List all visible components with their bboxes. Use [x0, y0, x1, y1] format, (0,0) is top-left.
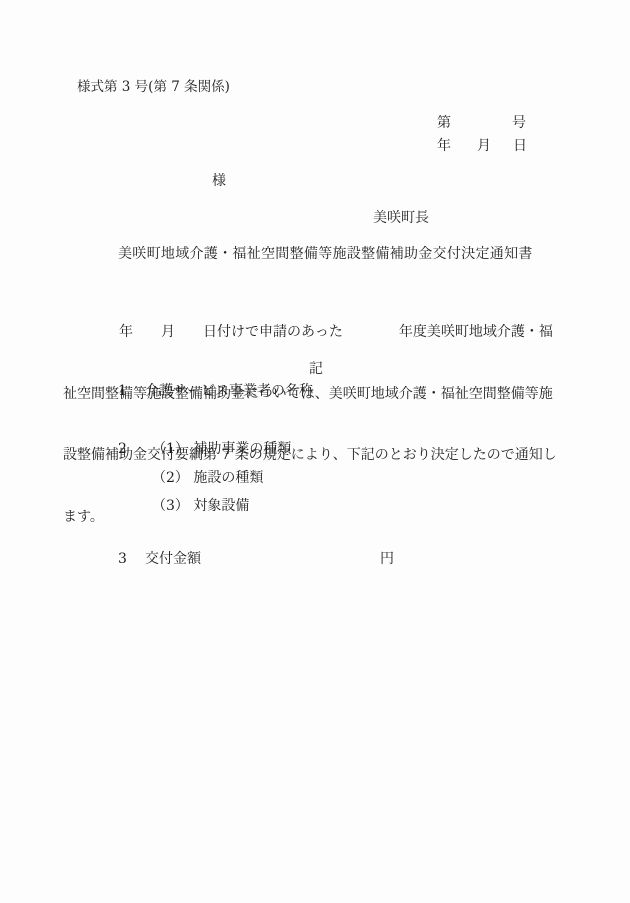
item-3-currency-unit: 円	[380, 552, 394, 566]
item-3-number: 3	[118, 552, 127, 566]
body-line-3: 設整備補助金交付要綱第 7 条の規定により、下記のとおり決定したので通知し	[63, 445, 569, 466]
item-2-sub-3-label: （3） 対象設備	[152, 499, 249, 513]
date-year-label: 年	[437, 139, 451, 153]
item-2-number: 2	[118, 442, 127, 456]
body-line-4: ます。	[63, 507, 569, 528]
form-number-label: 様式第 3 号(第 7 条関係)	[77, 81, 230, 95]
item-2-sub-2-label: （2） 施設の種類	[152, 471, 263, 485]
item-2-sub-1-label: （1） 補助事業の種類	[152, 442, 291, 456]
sender-title: 美咲町長	[373, 211, 429, 225]
record-marker: 記	[63, 362, 569, 376]
addressee-honorific: 様	[212, 174, 226, 188]
doc-number-suffix: 号	[512, 116, 526, 130]
date-month-label: 月	[477, 139, 491, 153]
body-line-1: 年 月 日付けで申請のあった 年度美咲町地域介護・福	[63, 322, 569, 343]
body-paragraph: 年 月 日付けで申請のあった 年度美咲町地域介護・福 祉空間整備等施設整備補助金…	[63, 281, 569, 568]
body-line-2: 祉空間整備等施設整備補助金については、美咲町地域介護・福祉空間整備等施	[63, 384, 569, 405]
date-day-label: 日	[513, 139, 527, 153]
item-1-label: 介護サービス事業者の名称	[145, 384, 313, 398]
doc-number-prefix: 第	[437, 116, 451, 130]
document-title: 美咲町地域介護・福祉空間整備等施設整備補助金交付決定通知書	[118, 247, 533, 261]
document-page: 様式第 3 号(第 7 条関係) 第 号 年 月 日 様 美咲町長 美咲町地域介…	[0, 0, 630, 903]
item-1-number: 1	[118, 384, 127, 398]
item-3-label: 交付金額	[145, 552, 201, 566]
